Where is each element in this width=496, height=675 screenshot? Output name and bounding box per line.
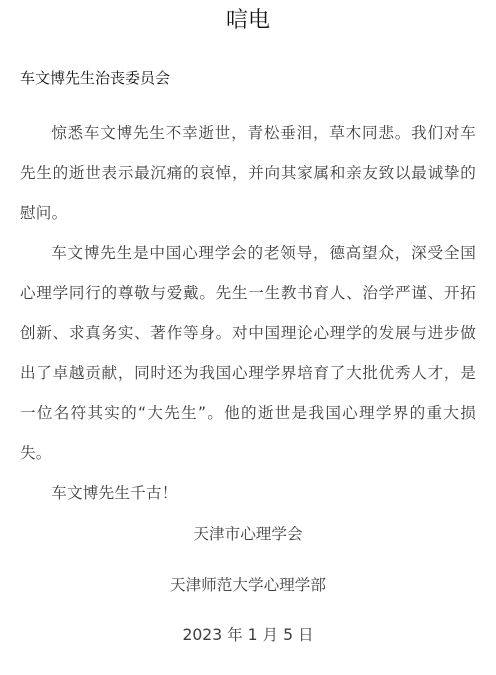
- signature-date: 2023 年 1 月 5 日: [0, 623, 496, 647]
- signature-organization-1: 天津市心理学会: [0, 522, 496, 546]
- document-title: 唁电: [0, 6, 496, 36]
- paragraph-farewell: 车文博先生千古！: [20, 473, 476, 513]
- paragraph-tribute: 车文博先生是中国心理学会的老领导，德高望众，深受全国心理学同行的尊敬与爱戴。先生…: [20, 233, 476, 473]
- addressee: 车文博先生治丧委员会: [20, 66, 170, 90]
- letter-body: 惊悉车文博先生不幸逝世，青松垂泪，草木同悲。我们对车先生的逝世表示最沉痛的哀悼，…: [20, 113, 476, 513]
- paragraph-condolence: 惊悉车文博先生不幸逝世，青松垂泪，草木同悲。我们对车先生的逝世表示最沉痛的哀悼，…: [20, 113, 476, 233]
- signature-organization-2: 天津师范大学心理学部: [0, 573, 496, 597]
- condolence-letter: 唁电 车文博先生治丧委员会 惊悉车文博先生不幸逝世，青松垂泪，草木同悲。我们对车…: [0, 0, 496, 675]
